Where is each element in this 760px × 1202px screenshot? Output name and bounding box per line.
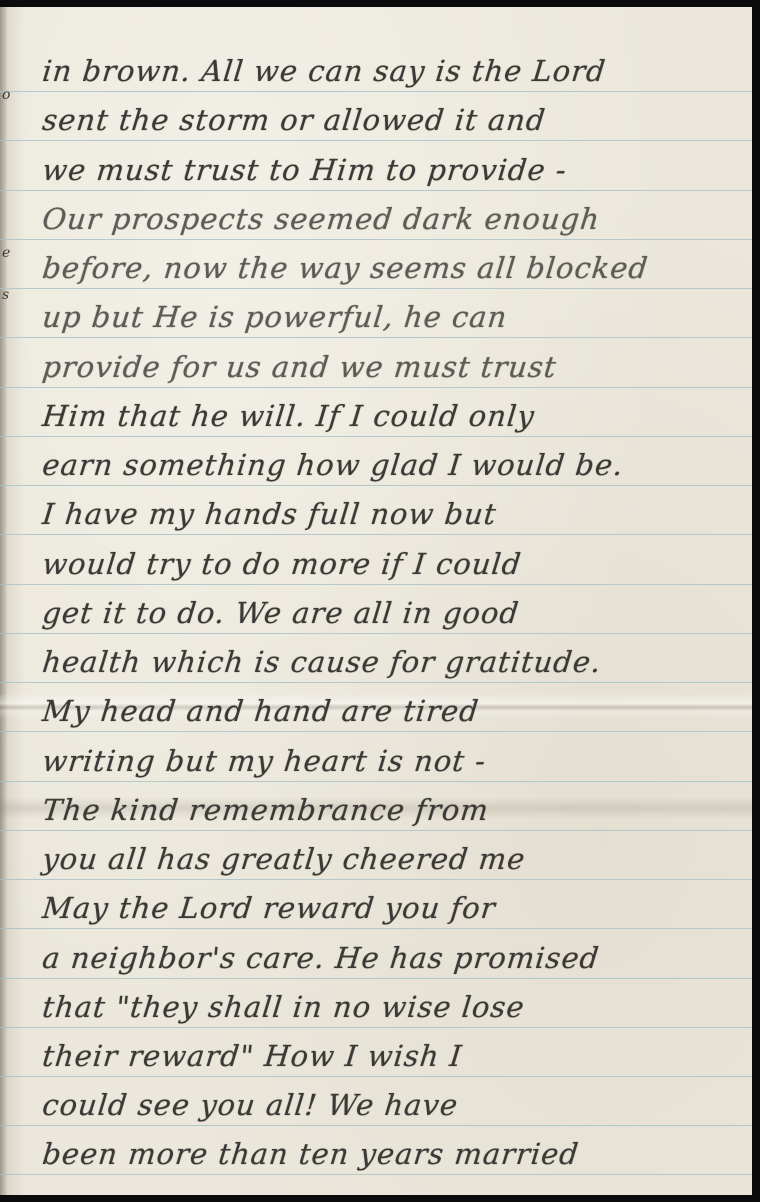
margin-mark: o — [2, 87, 10, 103]
margin-mark: s — [2, 287, 9, 303]
margin-shadow — [7, 7, 25, 1195]
handwritten-line-9: earn something how glad I would be. — [40, 441, 745, 489]
letter-page: o e s in brown. All we can say is the Lo… — [0, 7, 752, 1195]
handwritten-line-14: My head and hand are tired — [40, 687, 745, 735]
handwritten-line-21: their reward" How I wish I — [40, 1032, 745, 1080]
handwritten-line-6: up but He is powerful, he can — [40, 293, 745, 341]
handwritten-line-8: Him that he will. If I could only — [40, 392, 745, 440]
handwritten-line-10: I have my hands full now but — [40, 490, 745, 538]
handwritten-line-13: health which is cause for gratitude. — [40, 638, 745, 686]
handwritten-line-17: you all has greatly cheered me — [40, 835, 745, 883]
handwritten-line-1: in brown. All we can say is the Lord — [40, 47, 745, 95]
handwritten-line-23: been more than ten years married — [40, 1130, 745, 1178]
handwritten-line-11: would try to do more if I could — [40, 540, 745, 588]
handwritten-line-7: provide for us and we must trust — [40, 343, 745, 391]
handwritten-line-2: sent the storm or allowed it and — [40, 96, 745, 144]
handwritten-line-3: we must trust to Him to provide - — [40, 146, 745, 194]
handwritten-line-20: that "they shall in no wise lose — [40, 983, 745, 1031]
handwritten-line-22: could see you all! We have — [40, 1081, 745, 1129]
handwritten-line-12: get it to do. We are all in good — [40, 589, 745, 637]
handwritten-line-15: writing but my heart is not - — [40, 737, 745, 785]
handwritten-line-16: The kind remembrance from — [40, 786, 745, 834]
handwritten-line-5: before, now the way seems all blocked — [40, 244, 745, 292]
handwritten-line-4: Our prospects seemed dark enough — [40, 195, 745, 243]
margin-mark: e — [2, 245, 10, 261]
page-edge — [0, 7, 7, 1195]
handwritten-line-18: May the Lord reward you for — [40, 884, 745, 932]
handwritten-line-19: a neighbor's care. He has promised — [40, 934, 745, 982]
